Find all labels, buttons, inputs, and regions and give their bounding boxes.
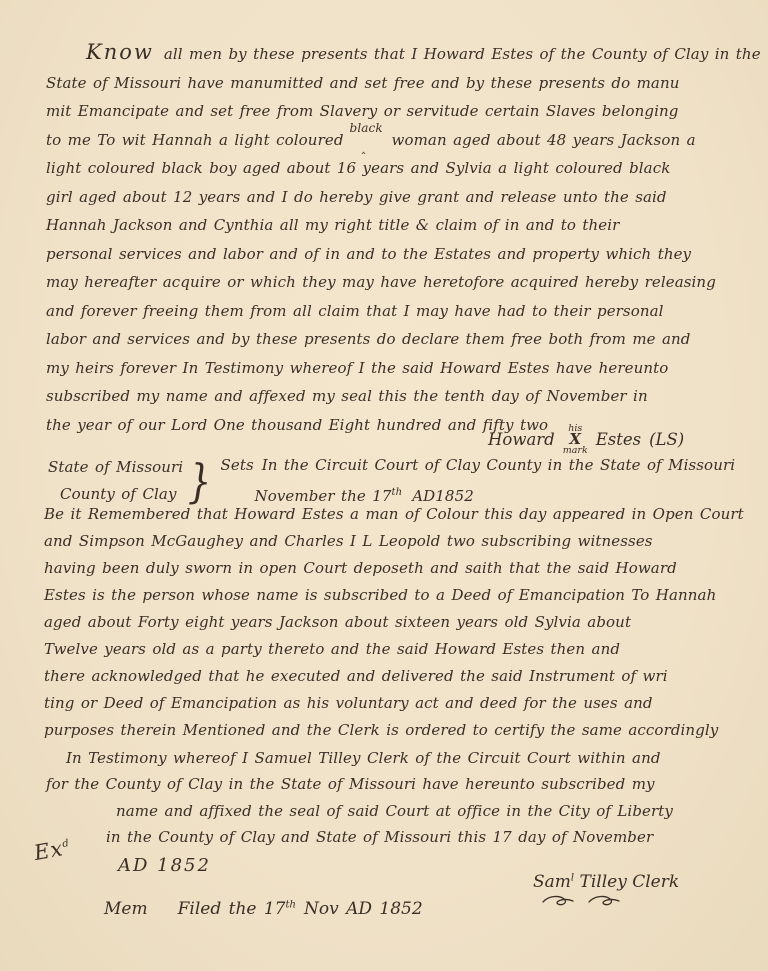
examined-text: Ex (32, 836, 65, 865)
clerk-signature: Saml Tilley Clerk (533, 872, 679, 907)
filing-memorandum: MemFiled the 17thNov AD 1852 (104, 899, 423, 919)
memo-superscript: th (286, 899, 296, 910)
deed-line-text: woman aged about 48 years Jackson a (392, 131, 696, 149)
interlinear-insertion: black‸ (348, 130, 388, 145)
clerk-name: Sam (533, 872, 571, 892)
deed-line-text: to me To wit Hannah a light coloured (46, 131, 344, 149)
deed-line: personal services and labor and of in an… (46, 240, 730, 269)
opening-word: Know (86, 40, 154, 64)
court-line: there acknowledged that he executed and … (44, 663, 734, 690)
document-page: Knowall men by these presents that I How… (0, 0, 768, 971)
memo-date: Nov AD 1852 (304, 899, 423, 919)
signature-first-name: Howard (488, 430, 555, 449)
venue-column: State of Missouri County of Clay (48, 454, 183, 508)
venue-state: State of Missouri (48, 454, 183, 481)
examined-margin-mark: Exd (32, 835, 72, 865)
attest-line: for the County of Clay in the State of M… (46, 771, 673, 797)
brace-glyph: } (188, 458, 211, 504)
clerk-title: Tilley Clerk (580, 872, 680, 892)
year-line: AD 1852 (118, 855, 211, 876)
court-line: purposes therein Mentioned and the Clerk… (44, 717, 734, 744)
his-mark: his X mark (563, 424, 588, 455)
court-line: and Simpson McGaughey and Charles I L Le… (44, 528, 734, 555)
attest-line: name and affixed the seal of said Court … (116, 798, 673, 824)
deed-line: Hannah Jackson and Cynthia all my right … (46, 211, 730, 240)
deed-line: my heirs forever In Testimony whereof I … (46, 354, 730, 383)
court-line: aged about Forty eight years Jackson abo… (44, 609, 734, 636)
deed-line: Knowall men by these presents that I How… (46, 38, 730, 69)
inserted-word: black (350, 114, 383, 143)
court-record-paragraph: Be it Remembered that Howard Estes a man… (44, 501, 734, 744)
deed-line: may hereafter acquire or which they may … (46, 268, 730, 297)
grantor-signature: Howard his X mark Estes (LS) (488, 424, 684, 455)
clerk-superscript: l (571, 872, 574, 883)
deed-line-with-insertion: to me To wit Hannah a light colouredblac… (46, 126, 730, 155)
deed-line: State of Missouri have manumitted and se… (46, 69, 730, 98)
signature-flourish-icon (539, 893, 635, 907)
deed-line-text: all men by these presents that I Howard … (164, 45, 761, 63)
deed-line: labor and services and by these presents… (46, 325, 730, 354)
caret-mark: ‸ (362, 133, 366, 162)
deed-line: light coloured black boy aged about 16 y… (46, 154, 730, 183)
court-line: having been duly sworn in open Court dep… (44, 555, 734, 582)
date-superscript: th (392, 487, 403, 498)
deed-line: subscribed my name and affexed my seal t… (46, 382, 730, 411)
deed-line: mit Emancipate and set free from Slavery… (46, 97, 730, 126)
memo-text: Filed the 17 (178, 899, 286, 919)
court-line: Estes is the person whose name is subscr… (44, 582, 734, 609)
court-caption-line: SetsIn the Circuit Court of Clay County … (220, 452, 735, 479)
court-line: Be it Remembered that Howard Estes a man… (44, 501, 734, 528)
deed-paragraph: Knowall men by these presents that I How… (46, 38, 730, 439)
court-line: Twelve years old as a party thereto and … (44, 636, 734, 663)
scilicet-abbreviation: Sets (220, 456, 253, 474)
seal-abbreviation: (LS) (649, 430, 684, 449)
deed-line: girl aged about 12 years and I do hereby… (46, 183, 730, 212)
signature-last-name: Estes (596, 430, 641, 449)
clerk-attestation: In Testimony whereof I Samuel Tilley Cle… (46, 745, 673, 851)
attest-line: in the County of Clay and State of Misso… (106, 824, 673, 850)
court-line: ting or Deed of Emancipation as his volu… (44, 690, 734, 717)
memo-label: Mem (104, 899, 148, 919)
deed-line: and forever freeing them from all claim … (46, 297, 730, 326)
attest-line: In Testimony whereof I Samuel Tilley Cle… (66, 745, 673, 771)
court-caption-text: In the Circuit Court of Clay County in t… (262, 456, 735, 474)
